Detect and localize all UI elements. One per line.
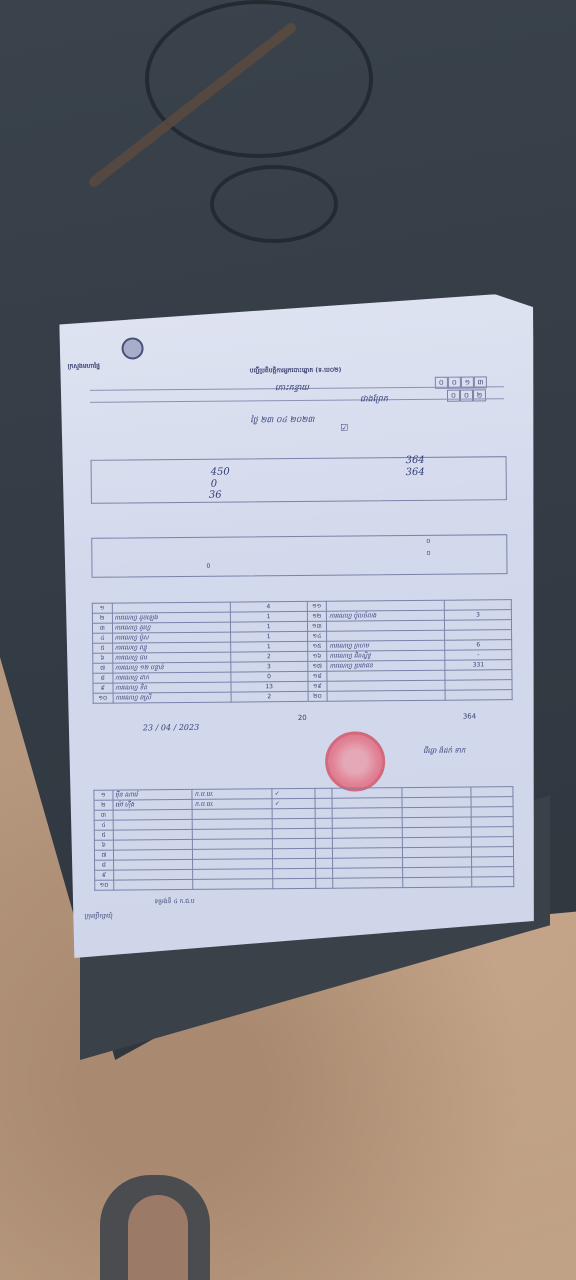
code-boxes-2: ០០២ [447, 389, 486, 401]
table-cell [471, 817, 513, 827]
table-cell [332, 798, 401, 809]
table-cell: 13 [231, 681, 308, 692]
table-cell: ✓ [272, 798, 314, 808]
count-b: 36 [209, 490, 222, 501]
table-cell [113, 809, 193, 820]
table-cell [273, 828, 315, 838]
table-cell [402, 877, 471, 888]
table-cell: ១១ [307, 601, 327, 611]
table-cell [472, 847, 514, 857]
section-3-value: 0 [206, 563, 210, 570]
table-cell [472, 857, 514, 867]
table-cell [332, 808, 401, 819]
table-cell [402, 857, 471, 868]
table-cell: ១០ [93, 693, 113, 703]
table-cell [445, 690, 512, 701]
table-cell: ១៤ [307, 631, 327, 641]
table-cell [273, 868, 315, 878]
table-cell [472, 867, 514, 877]
table-cell [402, 837, 471, 848]
table-cell [113, 829, 193, 840]
section-3-box [91, 534, 507, 578]
table-cell [472, 837, 514, 847]
emblem-icon [121, 337, 143, 359]
table-cell [402, 847, 471, 858]
count-a: 0 [211, 479, 217, 490]
table-cell: 1 [230, 631, 307, 642]
table-cell: ៣ [92, 623, 112, 633]
table-cell [333, 818, 402, 829]
table-cell: ១៥ [307, 641, 327, 651]
table-cell: 2 [230, 651, 307, 662]
table-cell [113, 839, 193, 850]
table-cell: 6 [445, 640, 512, 651]
table-cell [315, 808, 333, 818]
table-cell: ការណេហ្វ ពស្រី [113, 692, 231, 703]
table-cell [402, 827, 471, 838]
form-title: បញ្ជីប្រតិបត្តិការអ្នកបោះឆ្នោត (ទ.ឃ០២) [250, 366, 342, 376]
table-cell [445, 680, 512, 691]
table-cell [444, 600, 511, 611]
table-cell: ១០ [95, 880, 114, 890]
table-cell [273, 848, 315, 858]
table-cell [315, 878, 333, 888]
table-cell: ម៉ឺន ណារ៉េ [113, 789, 193, 800]
table-cell: ១២ [307, 611, 327, 621]
table-cell [327, 690, 445, 701]
table-cell [333, 828, 402, 839]
table-cell [472, 877, 514, 887]
checkbox: ☑ [340, 424, 348, 434]
table-cell [332, 788, 401, 799]
table-cell: ៣ [94, 810, 113, 820]
table-cell [192, 829, 272, 840]
table-cell [113, 859, 193, 870]
table-cell [402, 797, 471, 808]
table-cell: ៩ [95, 870, 114, 880]
registered-total: 450 [211, 467, 230, 478]
table-cell: ៤ [94, 820, 113, 830]
table-cell [471, 827, 513, 837]
table-cell [333, 838, 402, 849]
table-cell: 1 [230, 621, 307, 632]
table-cell [445, 630, 512, 641]
table-cell [402, 867, 471, 878]
table-cell [113, 849, 193, 860]
table-cell: ២០ [308, 691, 328, 701]
table-cell [333, 878, 402, 889]
footer-note: ទម្រង់ទី ៤ ក.ជ.ប [154, 897, 194, 906]
table-cell: ក.ប.ឃ. [192, 789, 272, 800]
table-cell [471, 787, 513, 797]
signed-date: 23 / 04 / 2023 [143, 723, 199, 732]
table-cell: ✓ [272, 788, 314, 798]
table-cell [445, 670, 512, 681]
table-cell [113, 869, 193, 880]
table-cell: 2 [231, 691, 308, 702]
table-cell: ៥ [94, 830, 113, 840]
table-cell: ៧ [93, 663, 113, 673]
witness-table: ១ម៉ឺន ណារ៉េក.ប.ឃ.✓២ម៉ៅ ហ៊ីងក.ប.ឃ.✓៣៤៥៦៧៨… [93, 786, 514, 891]
results-table: ១4១១២ការណេហ្វ ដូចឡេង1១២ការណេហ្វ ប៉ូលចំលង… [92, 599, 513, 704]
table-cell: ២ [92, 613, 112, 623]
table-cell [402, 807, 471, 818]
table-cell: ៦ [94, 840, 113, 850]
table-cell: ៩ [93, 683, 113, 693]
table-cell: ៤ [93, 633, 113, 643]
table-cell [315, 818, 333, 828]
table-cell [113, 819, 193, 830]
section-3-value: ០ [426, 537, 430, 546]
table-cell [193, 869, 273, 880]
code-box: ២ [473, 389, 486, 401]
code-box: ០ [447, 390, 460, 402]
table-cell [333, 858, 402, 869]
code-box: ០ [460, 389, 473, 401]
voted-total-2: 364 [406, 467, 425, 478]
table-cell: - [445, 650, 512, 661]
table-cell [272, 808, 314, 818]
table-cell [315, 858, 333, 868]
table-cell: ១៣ [307, 621, 327, 631]
table-cell: ៥ [93, 643, 113, 653]
signature-place: ជីធ្លោ ងំដក់ ទាក [423, 747, 465, 757]
table-cell: ម៉ៅ ហ៊ីង [113, 799, 193, 810]
table-cell: 1 [230, 641, 307, 652]
totals-invalid: 20 [298, 714, 307, 722]
table-cell: 3 [445, 610, 512, 621]
counts-box [91, 456, 507, 504]
table-cell [333, 848, 402, 859]
table-cell: ២ [94, 800, 113, 810]
table-cell: ៦ [93, 653, 113, 663]
table-cell [402, 817, 471, 828]
table-cell [272, 818, 314, 828]
table-cell: ៨ [95, 860, 114, 870]
foot [128, 1195, 188, 1280]
table-cell [193, 839, 273, 850]
table-cell: ក.ប.ឃ. [192, 799, 272, 810]
table-cell [315, 848, 333, 858]
table-cell [445, 620, 512, 631]
table-cell: ១ [94, 790, 113, 800]
table-cell [193, 859, 273, 870]
table-cell [192, 819, 272, 830]
marker-scribble [210, 165, 338, 243]
table-cell [113, 879, 193, 890]
table-cell: 0 [230, 671, 307, 682]
totals-valid: 364 [463, 712, 476, 720]
table-cell: 331 [445, 660, 512, 671]
table-cell [402, 787, 471, 798]
table-cell [315, 868, 333, 878]
table-cell [193, 879, 273, 890]
table-cell [315, 838, 333, 848]
table-cell [193, 849, 273, 860]
table-cell: 4 [230, 601, 307, 612]
table-cell [273, 838, 315, 848]
table-cell: 3 [230, 661, 307, 672]
official-seal [325, 731, 386, 792]
table-cell: ១៩ [308, 681, 328, 691]
table-cell [315, 828, 333, 838]
footer-source: ក្រុមប្រឹក្សាឃុំ [84, 912, 112, 921]
table-cell: ១៨ [308, 671, 328, 681]
voted-total: 364 [406, 455, 425, 466]
location-handwritten: កោះកន្ធាយ [275, 382, 309, 394]
table-cell [273, 858, 315, 868]
location-handwritten-2: ជាងព្រែក [360, 393, 388, 405]
table-cell [315, 798, 333, 808]
table-cell: 1 [230, 611, 307, 622]
date-field: ថ្ងៃ ២៣ ០៤ ២០២៣ [250, 414, 314, 427]
table-cell [314, 788, 332, 798]
table-cell: ១៦ [307, 651, 327, 661]
table-cell [333, 868, 402, 879]
table-cell: ៨ [93, 673, 113, 683]
table-cell: ១៧ [307, 661, 327, 671]
marker-scribble [145, 0, 373, 158]
table-cell: ១ [92, 603, 112, 613]
ministry-header: ក្រសួងមហាផ្ទៃ [68, 362, 100, 371]
table-cell: ៧ [94, 850, 113, 860]
ballot-form: ក្រសួងមហាផ្ទៃ បញ្ជីប្រតិបត្តិការអ្នកបោះឆ… [59, 294, 539, 958]
table-cell [192, 809, 272, 820]
table-cell [273, 878, 315, 888]
table-cell [471, 807, 513, 817]
table-cell [471, 797, 513, 807]
section-3-value: ០ [426, 549, 430, 558]
